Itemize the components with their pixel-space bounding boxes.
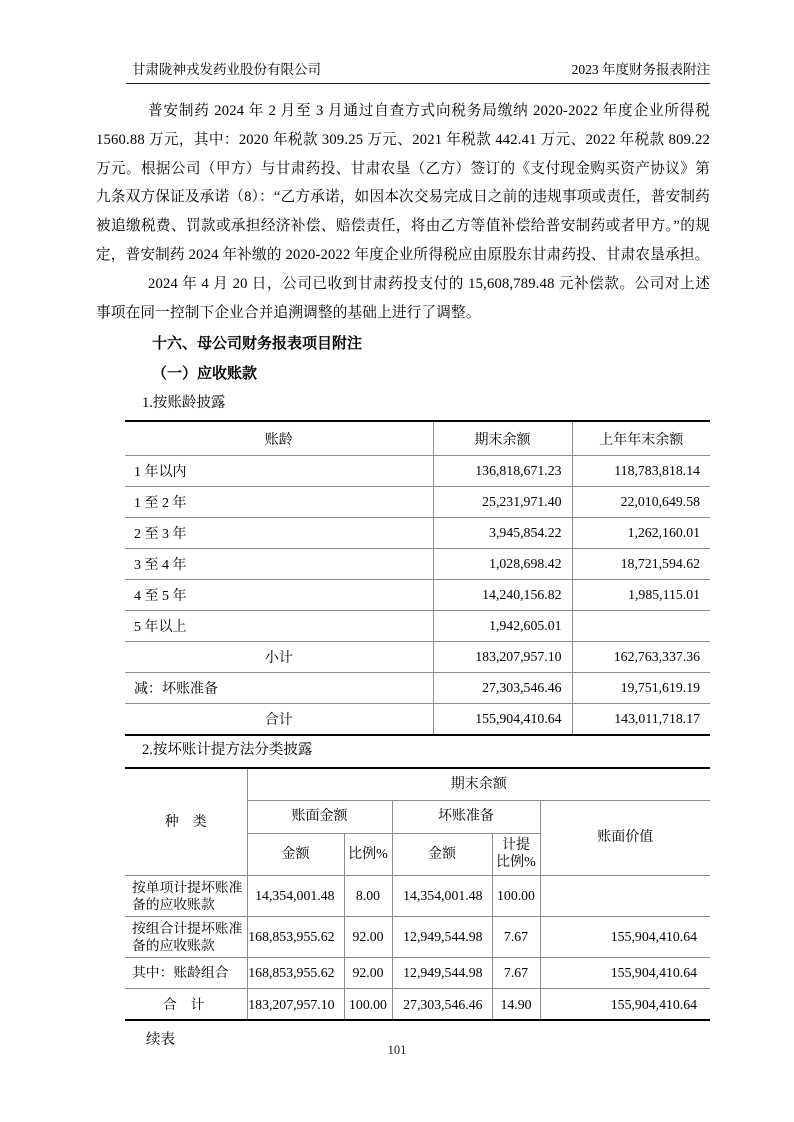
column-header-book-amount-group: 账面金额	[247, 800, 392, 833]
column-header-book-value: 账面价值	[540, 800, 710, 875]
cell-category: 按单项计提坏账准备的应收账款	[125, 875, 247, 916]
table-row: 4 至 5 年 14,240,156.82 1,985,115.01	[125, 579, 710, 610]
cell-prior-balance: 143,011,718.17	[572, 703, 710, 734]
cell-book-value: 155,904,410.64	[540, 916, 710, 957]
cell-provision-amount: 27,303,546.46	[392, 988, 492, 1019]
cell-book-amount: 183,207,957.10	[247, 988, 344, 1019]
cell-subtotal-label: 小计	[125, 641, 433, 672]
cell-closing-balance: 25,231,971.40	[433, 486, 572, 517]
cell-book-amount: 168,853,955.62	[247, 916, 344, 957]
paragraph-compensation: 2024 年 4 月 20 日，公司已收到甘肃药投支付的 15,608,789.…	[96, 270, 710, 328]
cell-book-value	[540, 875, 710, 916]
cell-total-label: 合 计	[125, 988, 247, 1019]
document-page: 甘肃陇神戎发药业股份有限公司 2023 年度财务报表附注 普安制药 2024 年…	[0, 0, 794, 1122]
cell-provision-amount: 12,949,544.98	[392, 916, 492, 957]
column-header-amount: 金额	[247, 833, 344, 875]
cell-aging-label: 2 至 3 年	[125, 517, 433, 548]
cell-ratio: 92.00	[344, 916, 392, 957]
cell-aging-label: 1 至 2 年	[125, 486, 433, 517]
column-header-aging: 账龄	[125, 422, 433, 455]
cell-prior-balance	[572, 610, 710, 641]
paragraph-tax-payment: 普安制药 2024 年 2 月至 3 月通过自查方式向税务局缴纳 2020-20…	[96, 97, 710, 270]
cell-ratio: 100.00	[344, 988, 392, 1019]
table-row: 5 年以上 1,942,605.01	[125, 610, 710, 641]
table-row: 1 至 2 年 25,231,971.40 22,010,649.58	[125, 486, 710, 517]
cell-prior-balance: 22,010,649.58	[572, 486, 710, 517]
section-heading: 十六、母公司财务报表项目附注	[152, 330, 710, 359]
provision-header-row-1: 种 类 期末余额	[125, 769, 710, 800]
subsection-heading: （一）应收账款	[152, 360, 710, 389]
cell-prior-balance: 1,985,115.01	[572, 579, 710, 610]
aging-table-wrapper: 账龄 期末余额 上年年末余额 1 年以内 136,818,671.23 118,…	[125, 420, 710, 736]
table-row: 1 年以内 136,818,671.23 118,783,818.14	[125, 455, 710, 486]
table-row-aging-portfolio: 其中：账龄组合 168,853,955.62 92.00 12,949,544.…	[125, 957, 710, 988]
table-row: 3 至 4 年 1,028,698.42 18,721,594.62	[125, 548, 710, 579]
cell-provision-ratio: 7.67	[492, 916, 540, 957]
cell-book-value: 155,904,410.64	[540, 957, 710, 988]
cell-closing-balance: 14,240,156.82	[433, 579, 572, 610]
header-rule	[126, 83, 710, 84]
aging-table-header-row: 账龄 期末余额 上年年末余额	[125, 422, 710, 455]
page-number: 101	[0, 1043, 794, 1058]
cell-category: 按组合计提坏账准备的应收账款	[125, 916, 247, 957]
table-row-subtotal: 小计 183,207,957.10 162,763,337.36	[125, 641, 710, 672]
running-header: 甘肃陇神戎发药业股份有限公司 2023 年度财务报表附注	[132, 58, 710, 78]
cell-provision-ratio: 100.00	[492, 875, 540, 916]
cell-closing-balance: 1,028,698.42	[433, 548, 572, 579]
cell-aging-label: 1 年以内	[125, 455, 433, 486]
cell-closing-balance: 27,303,546.46	[433, 672, 572, 703]
cell-aging-label: 4 至 5 年	[125, 579, 433, 610]
cell-prior-balance: 162,763,337.36	[572, 641, 710, 672]
cell-prior-balance: 1,262,160.01	[572, 517, 710, 548]
column-header-closing-balance-group: 期末余额	[247, 769, 710, 800]
cell-aging-label: 5 年以上	[125, 610, 433, 641]
cell-provision-amount: 14,354,001.48	[392, 875, 492, 916]
column-header-bad-debt-group: 坏账准备	[392, 800, 540, 833]
cell-book-value: 155,904,410.64	[540, 988, 710, 1019]
cell-provision-ratio: 14.90	[492, 988, 540, 1019]
cell-total-label: 合计	[125, 703, 433, 734]
column-header-closing-balance: 期末余额	[433, 422, 572, 455]
table-row-individual-provision: 按单项计提坏账准备的应收账款 14,354,001.48 8.00 14,354…	[125, 875, 710, 916]
table-row-less-provision: 减：坏账准备 27,303,546.46 19,751,619.19	[125, 672, 710, 703]
table-row-group-provision: 按组合计提坏账准备的应收账款 168,853,955.62 92.00 12,9…	[125, 916, 710, 957]
cell-prior-balance: 118,783,818.14	[572, 455, 710, 486]
cell-book-amount: 168,853,955.62	[247, 957, 344, 988]
column-header-provision-ratio: 计提 比例%	[492, 833, 540, 875]
cell-closing-balance: 136,818,671.23	[433, 455, 572, 486]
column-header-provision-amount: 金额	[392, 833, 492, 875]
cell-prior-balance: 18,721,594.62	[572, 548, 710, 579]
cell-ratio: 92.00	[344, 957, 392, 988]
list-item-aging-disclosure: 1.按账龄披露	[142, 390, 710, 417]
cell-book-amount: 14,354,001.48	[247, 875, 344, 916]
list-item-provision-method-disclosure: 2.按坏账计提方法分类披露	[142, 737, 710, 764]
cell-closing-balance: 3,945,854.22	[433, 517, 572, 548]
cell-aging-label: 3 至 4 年	[125, 548, 433, 579]
header-doc-title: 2023 年度财务报表附注	[572, 58, 710, 78]
column-header-category: 种 类	[125, 769, 247, 875]
cell-ratio: 8.00	[344, 875, 392, 916]
cell-provision-ratio: 7.67	[492, 957, 540, 988]
table-row-total: 合计 155,904,410.64 143,011,718.17	[125, 703, 710, 734]
column-header-prior-year-balance: 上年年末余额	[572, 422, 710, 455]
header-company-name: 甘肃陇神戎发药业股份有限公司	[132, 58, 321, 78]
cell-category: 其中：账龄组合	[125, 957, 247, 988]
cell-less-provision-label: 减：坏账准备	[125, 672, 433, 703]
cell-provision-amount: 12,949,544.98	[392, 957, 492, 988]
cell-prior-balance: 19,751,619.19	[572, 672, 710, 703]
cell-closing-balance: 155,904,410.64	[433, 703, 572, 734]
column-header-ratio: 比例%	[344, 833, 392, 875]
cell-closing-balance: 1,942,605.01	[433, 610, 572, 641]
provision-table: 种 类 期末余额 账面金额 坏账准备 账面价值 金额 比例% 金额 计提 比例%…	[125, 769, 710, 1019]
provision-table-wrapper: 种 类 期末余额 账面金额 坏账准备 账面价值 金额 比例% 金额 计提 比例%…	[125, 767, 710, 1021]
table-row-total: 合 计 183,207,957.10 100.00 27,303,546.46 …	[125, 988, 710, 1019]
table-row: 2 至 3 年 3,945,854.22 1,262,160.01	[125, 517, 710, 548]
cell-closing-balance: 183,207,957.10	[433, 641, 572, 672]
aging-table: 账龄 期末余额 上年年末余额 1 年以内 136,818,671.23 118,…	[125, 422, 710, 734]
